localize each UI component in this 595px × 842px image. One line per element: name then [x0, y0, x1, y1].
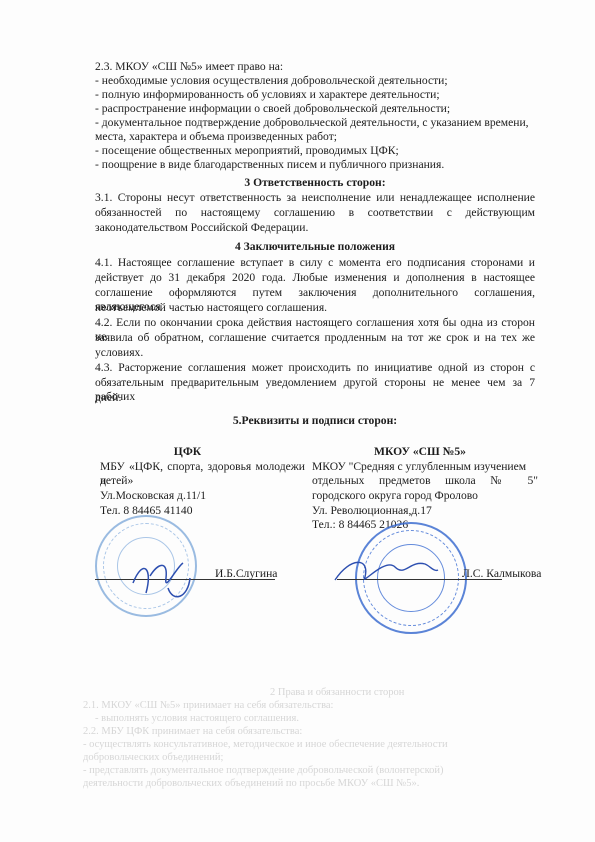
- rights-list-item: - необходимые условия осуществления добр…: [95, 74, 448, 88]
- section-4-line: 4.1. Настоящее соглашение вступает в сил…: [95, 256, 535, 270]
- section-3-line: законодательством Российской Федерации.: [95, 221, 308, 235]
- right-party-line: городского округа город Фролово: [312, 489, 478, 503]
- section-2-3-heading: 2.3. МКОУ «СШ №5» имеет право на:: [95, 60, 283, 74]
- section-3-line: обязанностей по настоящему соглашению в …: [95, 206, 535, 220]
- left-signer-name: И.Б.Слугина: [215, 567, 277, 581]
- section-4-line: 4.3. Расторжение соглашения может происх…: [95, 361, 535, 375]
- right-party-line: отдельных предметов школа № 5": [312, 474, 538, 488]
- section-5-title: 5.Реквизиты и подписи сторон:: [95, 414, 535, 428]
- section-4-line: обязательным предварительным уведомление…: [95, 376, 535, 404]
- left-party-line: детей»: [100, 474, 133, 488]
- section-4-title: 4 Заключительные положения: [95, 240, 535, 254]
- ghost-line: 2.2. МБУ ЦФК принимает на себя обязатель…: [83, 725, 302, 738]
- ghost-line: добровольческих объединений;: [83, 751, 223, 764]
- right-party-line: МКОУ "Средняя с углубленным изучением: [312, 460, 526, 474]
- rights-list-item: - полную информированность об условиях и…: [95, 88, 440, 102]
- ghost-heading: 2 Права и обязанности сторон: [270, 686, 404, 699]
- section-3-line: 3.1. Стороны несут ответственность за не…: [95, 191, 535, 205]
- left-party-org: ЦФК: [80, 445, 295, 459]
- document-page: 2 Права и обязанности сторон 2.1. МКОУ «…: [0, 0, 595, 842]
- left-signature-icon: [128, 548, 198, 608]
- rights-list-item: - поощрение в виде благодарственных писе…: [95, 158, 444, 172]
- section-4-line: неотъемлемой частью настоящего соглашени…: [95, 301, 327, 315]
- section-4-line: дней.: [95, 391, 121, 405]
- section-3-title: 3 Ответственность сторон:: [95, 176, 535, 190]
- rights-list-item: - распространение информации о своей доб…: [95, 102, 450, 116]
- ghost-line: - выполнять условия настоящего соглашени…: [95, 712, 299, 725]
- ghost-line: 2.1. МКОУ «СШ №5» принимает на себя обяз…: [83, 699, 333, 712]
- section-4-line: заявила об обратном, соглашение считаетс…: [95, 331, 535, 345]
- left-party-address: Ул.Московская д.11/1: [100, 489, 206, 503]
- ghost-line: - представлять документальное подтвержде…: [83, 764, 444, 777]
- rights-list-item: - посещение общественных мероприятий, пр…: [95, 144, 399, 158]
- ghost-line: - осуществлять консультативное, методиче…: [83, 738, 448, 751]
- right-party-org: МКОУ «СШ №5»: [300, 445, 540, 459]
- section-4-line: действует до 31 декабря 2020 года. Любые…: [95, 271, 535, 285]
- ghost-line: деятельности добровольческих объединений…: [83, 777, 419, 790]
- rights-list-item-cont: места, характера и объема произведенных …: [95, 130, 337, 144]
- right-party-address: Ул. Революционная,д.17: [312, 504, 432, 518]
- right-signature-icon: [330, 552, 440, 587]
- section-4-line: условиях.: [95, 346, 143, 360]
- right-signer-name: Л.С. Калмыкова: [462, 567, 541, 581]
- rights-list-item: - документальное подтверждение доброволь…: [95, 116, 529, 130]
